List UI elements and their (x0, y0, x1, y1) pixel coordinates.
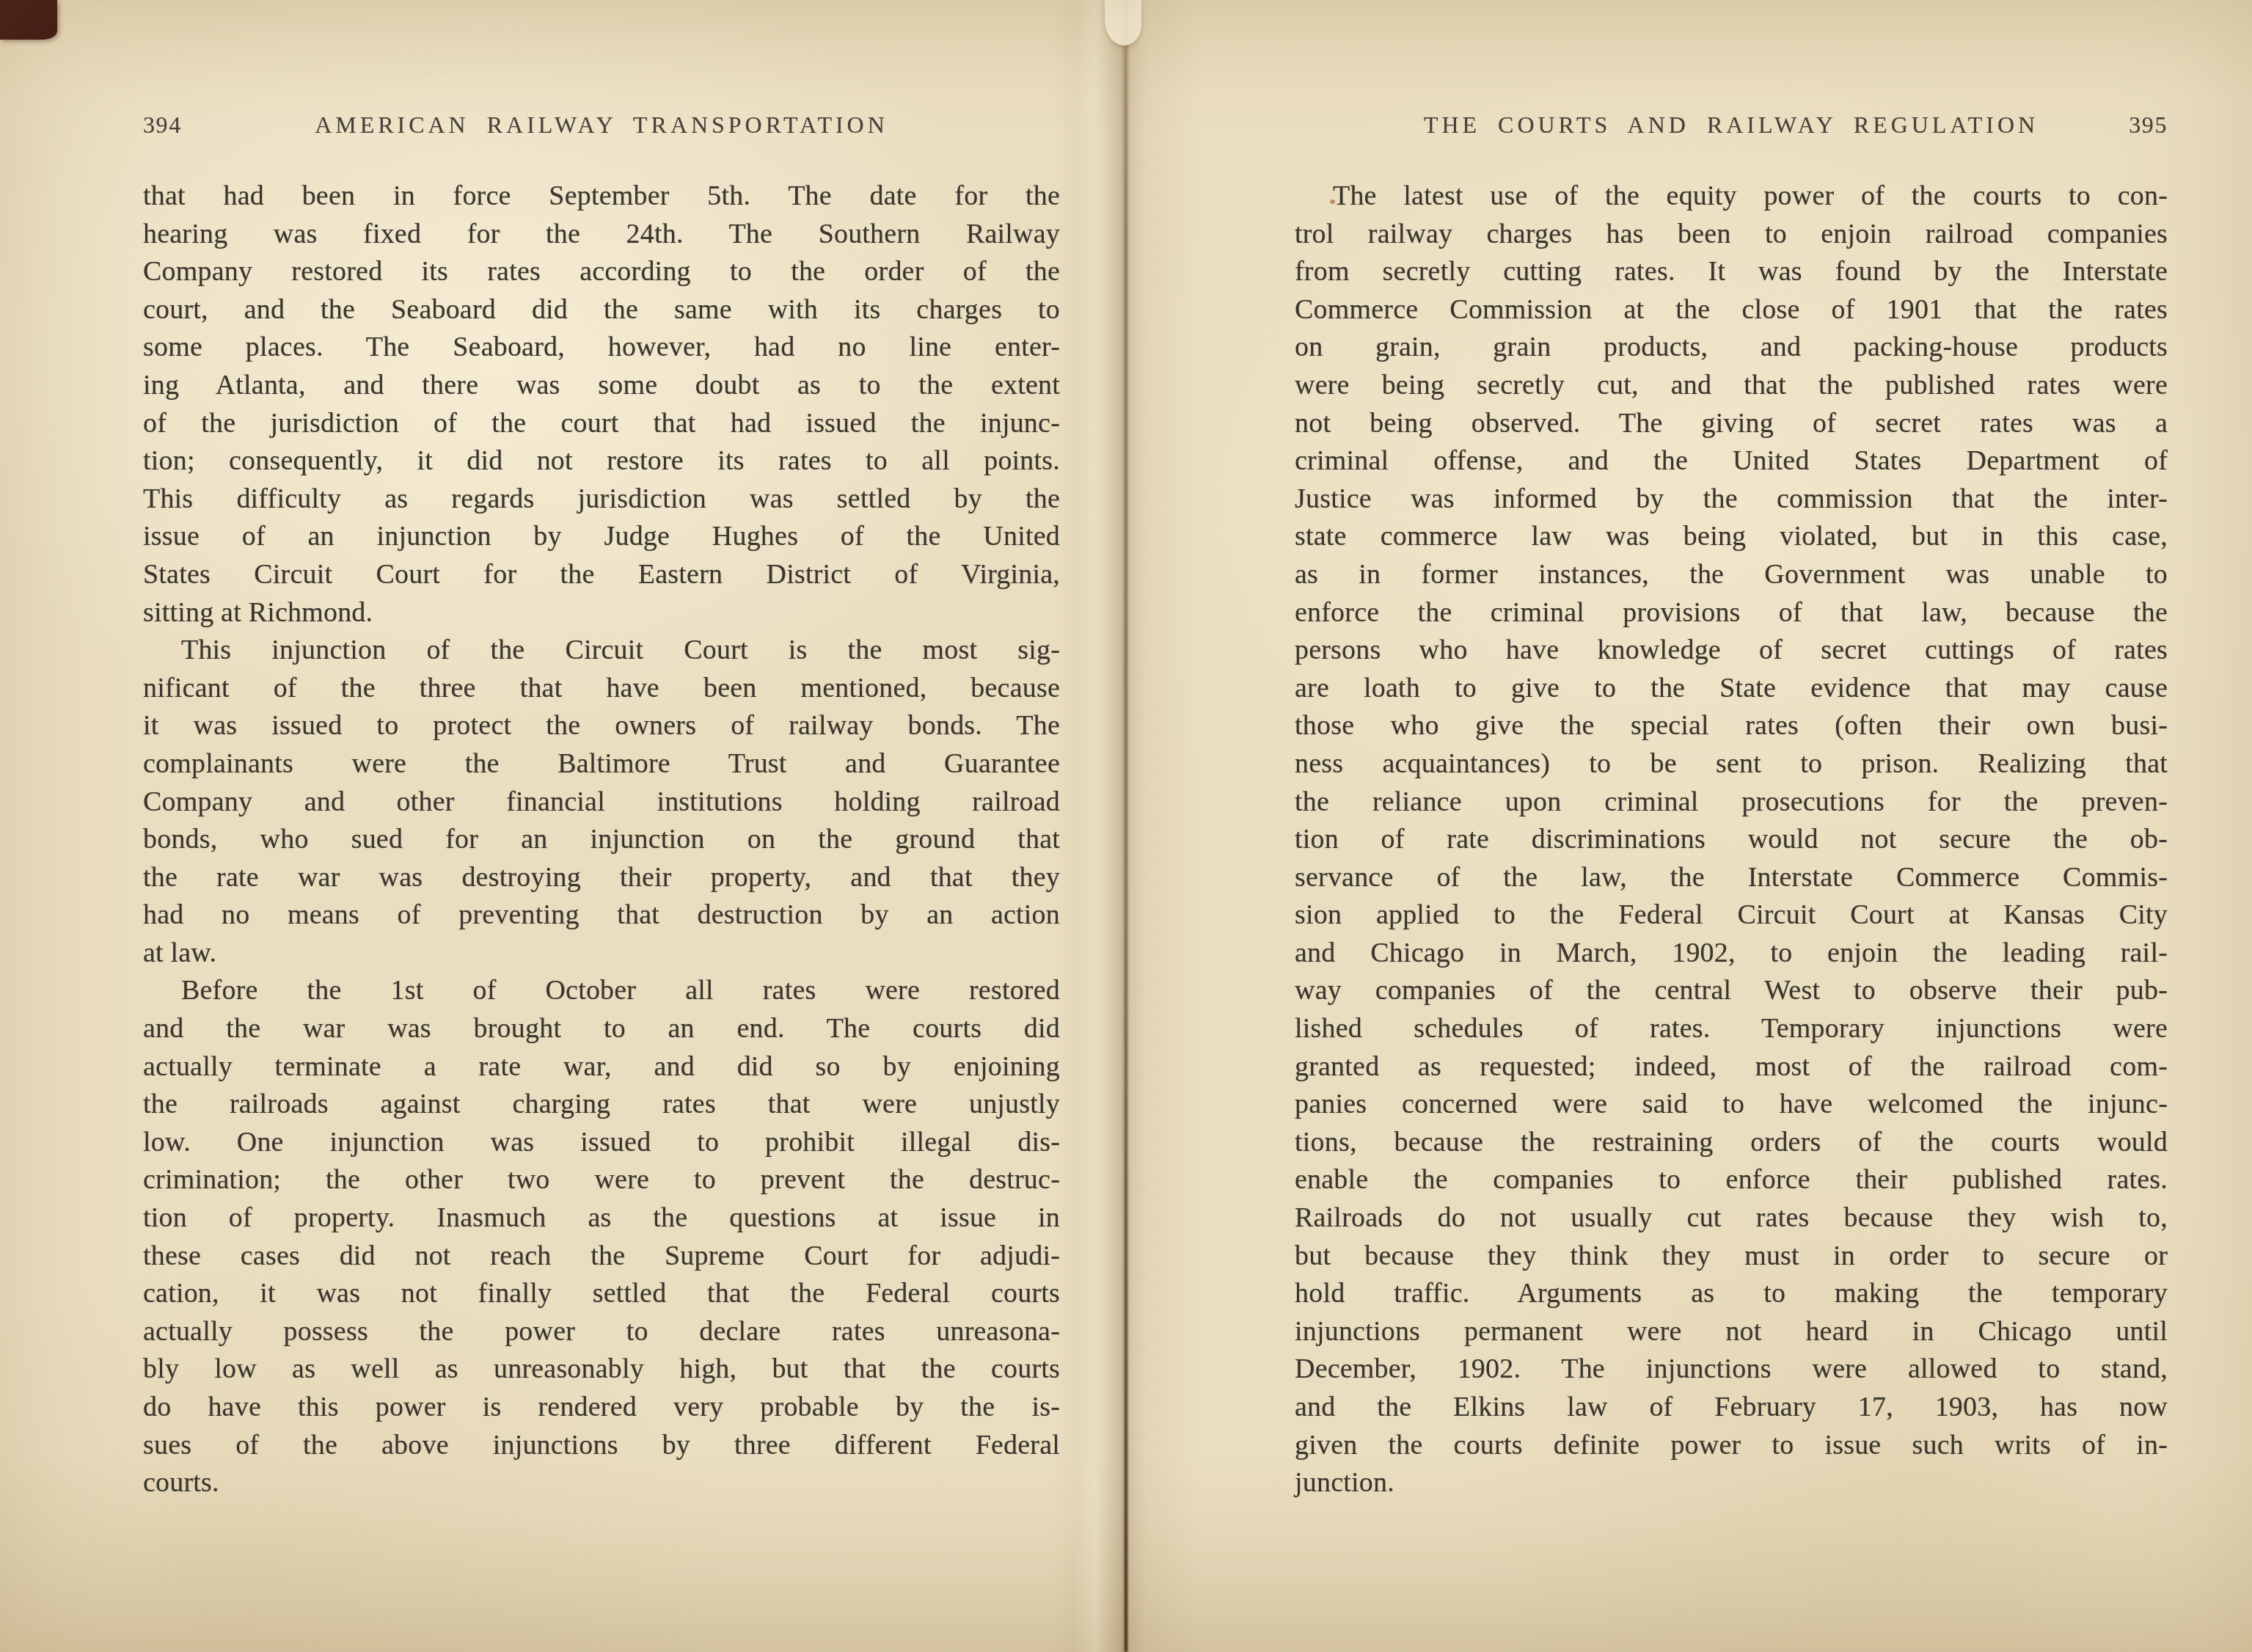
text-line: persons who have knowledge of secret cut… (1295, 632, 2168, 670)
text-line: cation, it was not finally settled that … (143, 1275, 1060, 1313)
text-line: ing Atlanta, and there was some doubt as… (143, 367, 1060, 405)
book-spread: 394 AMERICAN RAILWAY TRANSPORTATION that… (0, 0, 2252, 1652)
text-line: given the courts definite power to issue… (1295, 1427, 2168, 1465)
text-line: This difficulty as regards jurisdiction … (143, 480, 1060, 519)
text-line: do have this power is rendered very prob… (143, 1389, 1060, 1427)
text-line: injunctions permanent were not heard in … (1295, 1313, 2168, 1351)
text-line: sitting at Richmond. (143, 594, 1060, 632)
text-line: those who give the special rates (often … (1295, 707, 2168, 745)
text-line: actually terminate a rate war, and did s… (143, 1048, 1060, 1086)
text-line: trol railway charges has been to enjoin … (1295, 216, 2168, 254)
page-number-left: 394 (143, 109, 182, 141)
page-left: 394 AMERICAN RAILWAY TRANSPORTATION that… (0, 0, 1126, 1652)
text-line: it was issued to protect the owners of r… (143, 707, 1060, 745)
text-line: junction. (1295, 1464, 2168, 1502)
running-head-left: AMERICAN RAILWAY TRANSPORTATION (315, 112, 888, 138)
text-line: bonds, who sued for an injunction on the… (143, 821, 1060, 859)
text-line: tion of property. Inasmuch as the questi… (143, 1199, 1060, 1238)
text-line: from secretly cutting rates. It was foun… (1295, 253, 2168, 291)
page-header-left: 394 AMERICAN RAILWAY TRANSPORTATION (143, 109, 1060, 141)
text-line: as in former instances, the Government w… (1295, 556, 2168, 594)
text-line: Commerce Commission at the close of 1901… (1295, 291, 2168, 329)
text-line: December, 1902. The injunctions were all… (1295, 1351, 2168, 1389)
text-line: hearing was fixed for the 24th. The Sout… (143, 216, 1060, 254)
page-body-left: that had been in force September 5th. Th… (143, 178, 1060, 1502)
text-line: granted as requested; indeed, most of th… (1295, 1048, 2168, 1086)
text-line: The latest use of the equity power of th… (1295, 178, 2168, 216)
text-line: nificant of the three that have been men… (143, 670, 1060, 708)
text-line: on grain, grain products, and packing-ho… (1295, 329, 2168, 367)
running-head-right: THE COURTS AND RAILWAY REGULATION (1424, 112, 2039, 138)
text-line: of the jurisdiction of the court that ha… (143, 405, 1060, 443)
text-line: bly low as well as unreasonably high, bu… (143, 1351, 1060, 1389)
text-line: Justice was informed by the commission t… (1295, 480, 2168, 519)
text-line: way companies of the central West to obs… (1295, 972, 2168, 1010)
text-line: crimination; the other two were to preve… (143, 1161, 1060, 1199)
text-line: tion; consequently, it did not restore i… (143, 442, 1060, 480)
text-line: Before the 1st of October all rates were… (143, 972, 1060, 1010)
text-line: low. One injunction was issued to prohib… (143, 1124, 1060, 1162)
page-header-right: THE COURTS AND RAILWAY REGULATION 395 (1295, 109, 2168, 141)
page-body-right: The latest use of the equity power of th… (1295, 178, 2168, 1502)
text-line: and the Elkins law of February 17, 1903,… (1295, 1389, 2168, 1427)
text-line: Railroads do not usually cut rates becau… (1295, 1199, 2168, 1238)
text-line: States Circuit Court for the Eastern Dis… (143, 556, 1060, 594)
text-line: tion of rate discriminations would not s… (1295, 821, 2168, 859)
text-line: tions, because the restraining orders of… (1295, 1124, 2168, 1162)
text-line: This injunction of the Circuit Court is … (143, 632, 1060, 670)
text-line: were being secretly cut, and that the pu… (1295, 367, 2168, 405)
text-line: sion applied to the Federal Circuit Cour… (1295, 896, 2168, 935)
page-number-right: 395 (2129, 109, 2168, 141)
text-line: at law. (143, 935, 1060, 973)
gutter-top-tear (1105, 0, 1141, 45)
text-line: criminal offense, and the United States … (1295, 442, 2168, 480)
text-line: Company restored its rates according to … (143, 253, 1060, 291)
text-line: these cases did not reach the Supreme Co… (143, 1238, 1060, 1276)
text-line: panies concerned were said to have welco… (1295, 1086, 2168, 1124)
text-line: that had been in force September 5th. Th… (143, 178, 1060, 216)
text-line: hold traffic. Arguments as to making the… (1295, 1275, 2168, 1313)
text-line: ness acquaintances) to be sent to prison… (1295, 745, 2168, 783)
text-line: courts. (143, 1464, 1060, 1502)
text-line: the rate war was destroying their proper… (143, 859, 1060, 897)
text-line: but because they think they must in orde… (1295, 1238, 2168, 1276)
text-line: lished schedules of rates. Temporary inj… (1295, 1010, 2168, 1048)
text-line: servance of the law, the Interstate Comm… (1295, 859, 2168, 897)
text-line: Company and other financial institutions… (143, 783, 1060, 822)
text-line: enforce the criminal provisions of that … (1295, 594, 2168, 632)
text-line: the railroads against charging rates tha… (143, 1086, 1060, 1124)
text-line: state commerce law was being violated, b… (1295, 518, 2168, 556)
text-line: actually possess the power to declare ra… (143, 1313, 1060, 1351)
binding-gutter-crease (1053, 0, 1199, 1652)
text-line: sues of the above injunctions by three d… (143, 1427, 1060, 1465)
text-line: and the war was brought to an end. The c… (143, 1010, 1060, 1048)
text-line: had no means of preventing that destruct… (143, 896, 1060, 935)
text-line: the reliance upon criminal prosecutions … (1295, 783, 2168, 822)
text-line: some places. The Seaboard, however, had … (143, 329, 1060, 367)
text-line: court, and the Seaboard did the same wit… (143, 291, 1060, 329)
text-line: not being observed. The giving of secret… (1295, 405, 2168, 443)
text-line: issue of an injunction by Judge Hughes o… (143, 518, 1060, 556)
text-line: are loath to give to the State evidence … (1295, 670, 2168, 708)
scanner-corner-artifact (0, 0, 57, 40)
text-line: and Chicago in March, 1902, to enjoin th… (1295, 935, 2168, 973)
text-line: enable the companies to enforce their pu… (1295, 1161, 2168, 1199)
ink-speck (1330, 200, 1335, 204)
text-line: complainants were the Baltimore Trust an… (143, 745, 1060, 783)
page-right: THE COURTS AND RAILWAY REGULATION 395 Th… (1126, 0, 2252, 1652)
